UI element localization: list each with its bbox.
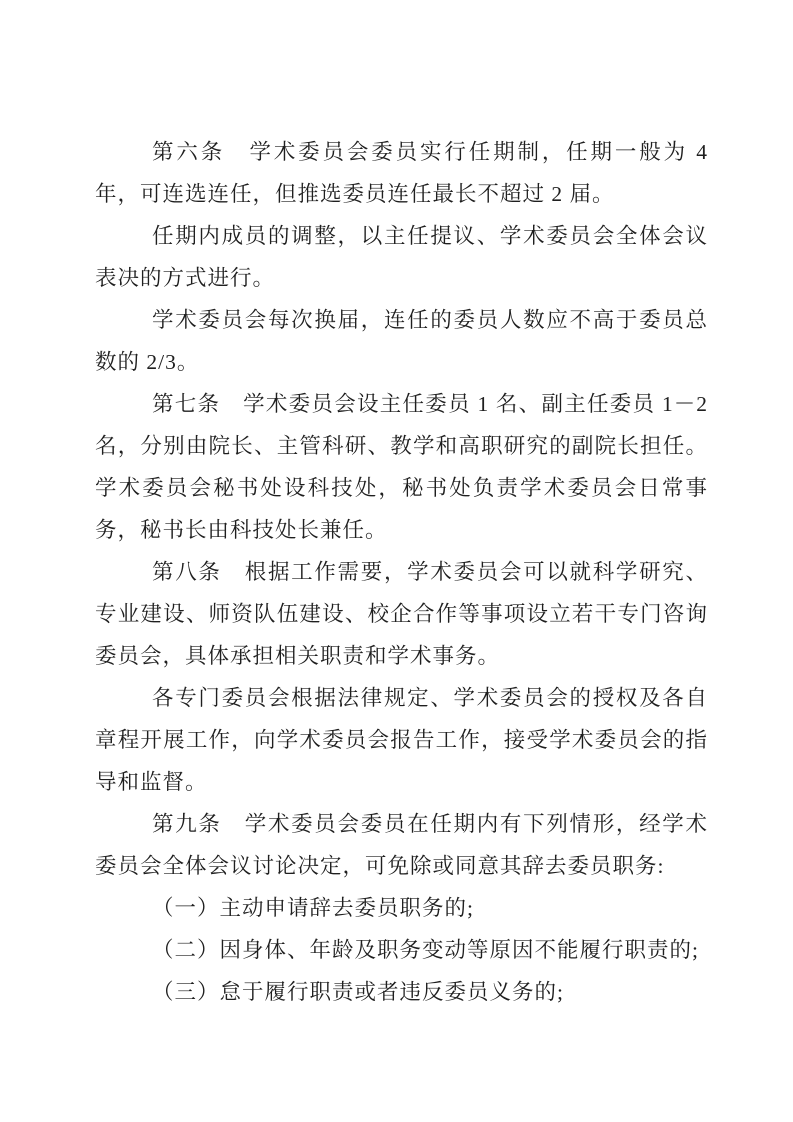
- document-body: 第六条 学术委员会委员实行任期制，任期一般为 4 年，可连选连任，但推选委员连任…: [95, 131, 708, 1013]
- paragraph: 各专门委员会根据法律规定、学术委员会的授权及各自章程开展工作，向学术委员会报告工…: [95, 677, 708, 803]
- paragraph: 第七条 学术委员会设主任委员 1 名、副主任委员 1－2 名，分别由院长、主管科…: [95, 383, 708, 551]
- paragraph: 任期内成员的调整，以主任提议、学术委员会全体会议表决的方式进行。: [95, 215, 708, 299]
- document-page: 第六条 学术委员会委员实行任期制，任期一般为 4 年，可连选连任，但推选委员连任…: [0, 0, 793, 1122]
- paragraph: （二）因身体、年龄及职务变动等原因不能履行职责的;: [95, 929, 708, 971]
- paragraph: 第六条 学术委员会委员实行任期制，任期一般为 4 年，可连选连任，但推选委员连任…: [95, 131, 708, 215]
- paragraph: 第八条 根据工作需要，学术委员会可以就科学研究、专业建设、师资队伍建设、校企合作…: [95, 551, 708, 677]
- paragraph: （一）主动申请辞去委员职务的;: [95, 887, 708, 929]
- paragraph: 学术委员会每次换届，连任的委员人数应不高于委员总数的 2/3。: [95, 299, 708, 383]
- paragraph: （三）怠于履行职责或者违反委员义务的;: [95, 971, 708, 1013]
- paragraph: 第九条 学术委员会委员在任期内有下列情形，经学术委员会全体会议讨论决定，可免除或…: [95, 803, 708, 887]
